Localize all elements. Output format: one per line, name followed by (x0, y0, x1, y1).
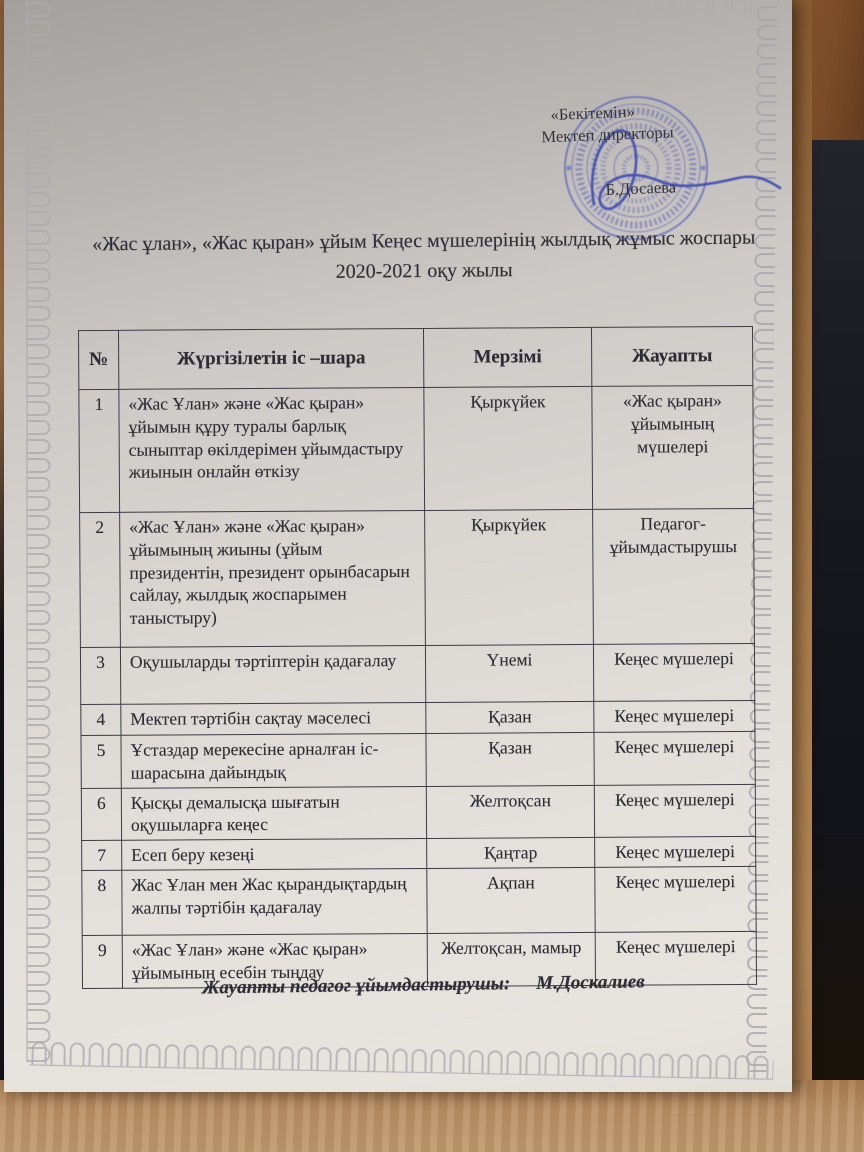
table-row: 2 «Жас Ұлан» және «Жас қыран» ұйымының ж… (80, 508, 755, 647)
document-page: «Бекітемін» Мектеп директоры Б.Досаева «… (4, 0, 792, 1092)
cell-responsible: Кеңес мүшелері (593, 643, 754, 701)
cell-term: Қыркүйек (424, 386, 593, 510)
cell-responsible: «Жас қыран» ұйымының мүшелері (592, 385, 754, 509)
cell-activity: Есеп беру кезеңі (122, 838, 427, 870)
cell-term: Үнемі (425, 644, 593, 702)
cell-term: Қаңтар (427, 837, 595, 868)
cell-no: 3 (80, 647, 120, 704)
table-row: 1 «Жас Ұлан» және «Жас қыран» ұйымын құр… (79, 385, 754, 512)
cell-responsible: Кеңес мүшелері (594, 784, 755, 837)
cell-no: 8 (82, 870, 122, 935)
footer-name: М.Доскалиев (536, 971, 645, 994)
document-title: «Жас ұлан», «Жас қыран» ұйым Кеңес мүшел… (84, 222, 765, 289)
cell-responsible: Кеңес мүшелері (594, 731, 755, 784)
cell-responsible: Педагог-ұйымдастырушы (593, 508, 755, 644)
table-row: 4 Мектеп тәртібін сақтау мәселесі Қазан … (81, 700, 755, 735)
table-row: 5 Ұстаздар мерекесіне арналған іс-шарасы… (81, 731, 755, 788)
approval-block: «Бекітемін» Мектеп директоры Б.Досаева (540, 96, 774, 204)
header-responsible: Жауапты (591, 326, 752, 386)
table-row: 8 Жас Ұлан мен Жас қырандықтардың жалпы … (82, 866, 756, 935)
border-ornament-left (26, 0, 52, 1062)
cell-term: Желтоқсан (426, 785, 594, 839)
cell-no: 7 (82, 840, 122, 870)
cell-activity: Оқушыларды тәртіптерін қадағалау (120, 645, 425, 704)
cell-term: Қазан (426, 701, 594, 733)
table-row: 7 Есеп беру кезеңі Қаңтар Кеңес мүшелері (82, 836, 756, 870)
header-activity: Жүргізілетін іс –шара (118, 328, 423, 389)
cell-term: Ақпан (427, 867, 595, 933)
table-row: 6 Қысқы демалысқа шығатын оқушыларға кең… (81, 784, 755, 841)
cell-no: 6 (81, 788, 121, 841)
photo-of-document: «Бекітемін» Мектеп директоры Б.Досаева «… (0, 0, 864, 1152)
cell-activity: Қысқы демалысқа шығатын оқушыларға кеңес (121, 786, 426, 840)
cell-responsible: Кеңес мүшелері (595, 836, 756, 867)
border-ornament-bottom (29, 1036, 773, 1080)
cell-term: Қыркүйек (425, 509, 594, 645)
cell-term: Қазан (426, 732, 594, 786)
cell-activity: Ұстаздар мерекесіне арналған іс-шарасына… (121, 733, 426, 787)
header-no: № (78, 330, 118, 389)
border-ornament-top (596, 0, 758, 14)
work-plan-table: № Жүргізілетін іс –шара Мерзімі Жауапты … (78, 326, 757, 989)
table-row: 3 Оқушыларды тәртіптерін қадағалау Үнемі… (80, 643, 754, 704)
cell-activity: «Жас Ұлан» және «Жас қыран» ұйымын құру … (119, 387, 425, 512)
cell-no: 9 (82, 935, 122, 988)
cell-activity: «Жас Ұлан» және «Жас қыран» ұйымының жиы… (120, 510, 426, 647)
cell-responsible: Кеңес мүшелері (595, 866, 756, 932)
cell-no: 4 (81, 704, 121, 735)
cell-responsible: Кеңес мүшелері (594, 700, 755, 732)
footer-label: Жауапты педагог ұйымдастырушы: (202, 973, 511, 998)
cell-no: 2 (80, 512, 121, 647)
table-header-row: № Жүргізілетін іс –шара Мерзімі Жауапты (78, 326, 752, 389)
header-term: Мерзімі (423, 327, 591, 387)
cell-no: 1 (79, 389, 120, 512)
cell-no: 5 (81, 735, 121, 788)
cell-activity: Жас Ұлан мен Жас қырандықтардың жалпы тә… (122, 868, 427, 935)
cell-activity: Мектеп тәртібін сақтау мәселесі (121, 702, 426, 735)
